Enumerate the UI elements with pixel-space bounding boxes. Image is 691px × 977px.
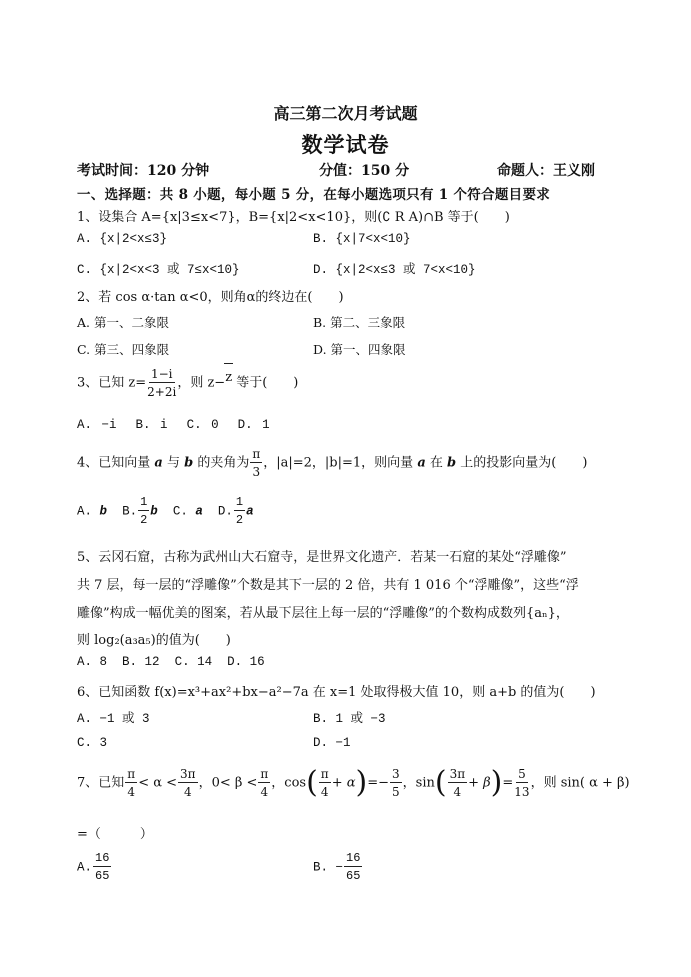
question-stem-pre: 已知向量 [98,456,154,471]
q3-options: A. −i B. i C. 0 D. 1 [77,418,270,432]
question-5-line-4: 则 log₂(a₃a₅)的值为( ) [77,629,231,648]
q2-option-d: D. 第一、四象限 [313,340,406,358]
right-paren: ) [491,765,503,800]
q5-option-a: A. 8 [77,655,107,669]
fraction-denominator: 4 [454,783,462,798]
question-number: 4、 [77,456,98,471]
text: ，则 sin( α + β) [531,776,630,791]
fraction-denominator: 2 [140,511,147,526]
q1-option-a: A. {x|2<x≤3} [77,232,167,246]
fraction-denominator: 3 [252,463,260,478]
q5-options: A. 8 B. 12 C. 14 D. 16 [77,655,265,669]
question-stem: 设集合 A={x|3≤x<7}，B={x|2<x<10}，则(∁ R A)∩B … [98,210,510,225]
fraction-denominator: 13 [514,783,529,798]
minus-sign: − [336,860,344,874]
fraction: 12 [138,496,149,526]
question-number: 1、 [77,210,98,225]
fraction-numerator: 3 [390,768,402,783]
section-heading: 一、选择题：共 8 小题，每小题 5 分，在每小题选项只有 1 个符合题目要求 [77,183,550,203]
fraction: 3π4 [448,768,468,798]
option-label: C. [173,504,188,518]
text: ，sin [403,776,435,791]
text: 已知 [98,776,124,791]
fraction-numerator: 16 [93,852,111,867]
fraction: 12 [234,496,245,526]
fraction-denominator: 2+2i [147,383,176,398]
fraction-denominator: 4 [321,783,329,798]
text: = [502,776,513,791]
text: 在 [426,456,447,471]
question-stem-mid: ，|a|=2，|b|=1，则向量 [263,456,417,471]
question-2: 2、若 cos α·tan α<0，则角α的终边在( ) [77,286,344,305]
exam-time: 考试时间：120 分钟 [77,160,209,180]
q1-option-d: D. {x|2<x≤3 或 7<x<10} [313,259,476,277]
question-5-line-1: 5、云冈石窟，古称为武州山大石窟寺，是世界文化遗产．若某一石窟的某处“浮雕像” [77,546,567,565]
q1-option-c: C. {x|2<x<3 或 7≤x<10} [77,259,240,277]
q5-option-c: C. 14 [175,655,213,669]
text: + α [332,776,356,791]
vector-a: a [154,456,162,471]
conjugate-z: z [225,370,232,385]
q6-option-a: A. −1 或 3 [77,708,150,726]
fraction: 1−i2+2i [147,368,176,398]
q3-option-a: A. −i [77,418,117,432]
fraction-denominator: 4 [261,783,269,798]
question-number: 7、 [77,776,98,791]
question-5-line-2: 共 7 层，每一层的“浮雕像”个数是其下一层的 2 倍，共有 1 016 个“浮… [77,574,579,593]
q4-options: A. b B.12b C. a D.12a [77,496,254,526]
fraction-numerator: π [319,768,331,783]
exam-author: 命题人：王义刚 [497,160,595,180]
question-6: 6、已知函数 f(x)=x³+ax²+bx−a²−7a 在 x=1 处取得极大值… [77,681,596,700]
fraction-numerator: π [258,768,270,783]
subject-title: 数学试卷 [0,129,691,159]
vector-a: a [417,456,425,471]
fraction: π4 [258,768,270,798]
fraction-denominator: 4 [127,783,135,798]
right-paren: ) [356,765,368,800]
text: + β [468,776,491,791]
fraction: π3 [250,448,262,478]
question-stem-post: 上的投影向量为( ) [456,456,587,471]
fraction-numerator: π [125,768,137,783]
q2-option-b: B. 第二、三象限 [313,313,405,331]
question-number: 3、 [77,376,98,391]
fraction: 513 [514,768,529,798]
question-stem-pre: 已知 z= [98,376,146,391]
option-label: D. [218,504,233,518]
q4-option-d: a [246,504,254,518]
vector-b: b [184,456,193,471]
question-5-line-3: 雕像”构成一幅优美的图案，若从最下层往上每一层的“浮雕像”的个数构成数列{aₙ}… [77,602,569,621]
fraction-numerator: 3π [178,768,198,783]
q1-option-b: B. {x|7<x<10} [313,232,411,246]
q4-option-a: b [100,504,108,518]
q4-option-c: a [195,504,203,518]
left-paren: ( [306,765,318,800]
q2-option-c: C. 第三、四象限 [77,340,169,358]
q5-option-b: B. 12 [122,655,160,669]
text: ，0< β < [199,776,258,791]
q3-option-d: D. 1 [238,418,270,432]
question-stem-post: 等于( ) [232,376,298,391]
question-7: 7、已知π4< α <3π4，0< β <π4，cos(π4+ α)=−35，s… [77,768,630,798]
text: ，cos [271,776,306,791]
q7-option-a: A.1665 [77,852,112,882]
question-4: 4、已知向量 a 与 b 的夹角为π3，|a|=2，|b|=1，则向量 a 在 … [77,448,587,478]
fraction: π4 [319,768,331,798]
question-3: 3、已知 z=1−i2+2i，则 z−z 等于( ) [77,368,298,398]
text: 与 [163,456,184,471]
q6-option-c: C. 3 [77,736,107,750]
question-number: 2、 [77,290,98,305]
question-number: 5、 [77,550,98,565]
q5-option-d: D. 16 [227,655,265,669]
fraction-numerator: 16 [344,852,362,867]
fraction: 3π4 [178,768,198,798]
fraction-numerator: π [250,448,262,463]
q3-option-b: B. i [136,418,168,432]
q6-option-b: B. 1 或 −3 [313,708,386,726]
vector-b: b [447,456,456,471]
q3-option-c: C. 0 [187,418,219,432]
option-label: A. [77,504,92,518]
question-stem: 若 cos α·tan α<0，则角α的终边在( ) [98,290,343,305]
question-stem: 已知函数 f(x)=x³+ax²+bx−a²−7a 在 x=1 处取得极大值 1… [98,685,595,700]
fraction: 1665 [344,852,362,882]
text: 的夹角为 [193,456,249,471]
fraction-numerator: 3π [448,768,468,783]
option-label: A. [77,860,92,874]
fraction-denominator: 65 [95,867,109,882]
fraction-denominator: 5 [392,783,400,798]
fraction-numerator: 1 [138,496,149,511]
option-label: B. [122,504,137,518]
option-label: B. [313,860,328,874]
left-paren: ( [435,765,447,800]
q7-option-b: B. −1665 [313,852,363,882]
fraction: 1665 [93,852,111,882]
fraction-numerator: 5 [516,768,528,783]
text: < α < [138,776,177,791]
q2-option-a: A. 第一、二象限 [77,313,169,331]
text: =− [367,776,389,791]
fraction: 35 [390,768,402,798]
question-text: 云冈石窟，古称为武州山大石窟寺，是世界文化遗产．若某一石窟的某处“浮雕像” [98,550,566,565]
fraction: π4 [125,768,137,798]
question-stem-mid: ，则 z− [177,376,225,391]
question-7-line-2: =（ ） [77,823,153,842]
q6-option-d: D. −1 [313,736,351,750]
exam-title: 高三第二次月考试题 [0,101,691,124]
fraction-denominator: 4 [184,783,192,798]
question-1: 1、设集合 A={x|3≤x<7}，B={x|2<x<10}，则(∁ R A)∩… [77,206,510,225]
exam-score: 分值：150 分 [319,160,409,180]
fraction-denominator: 65 [346,867,360,882]
q4-option-b: b [150,504,158,518]
fraction-denominator: 2 [236,511,243,526]
question-number: 6、 [77,685,98,700]
fraction-numerator: 1 [234,496,245,511]
fraction-numerator: 1−i [149,368,175,383]
